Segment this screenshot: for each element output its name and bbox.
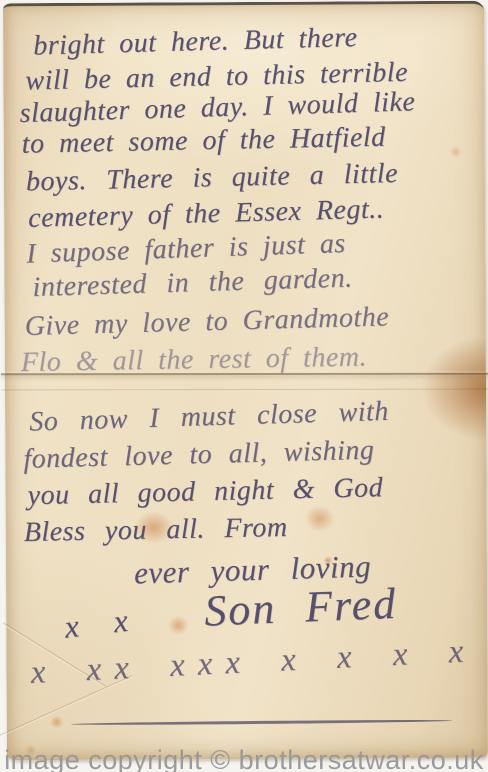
- letter-page: bright out here. But there will be an en…: [3, 1, 488, 761]
- letter-scan: bright out here. But there will be an en…: [0, 0, 488, 772]
- letter-line: Bless you all. From: [24, 513, 288, 548]
- letter-line-faded: Flo & all the rest of them.: [21, 343, 368, 378]
- kisses-marks-small: x x: [63, 604, 139, 642]
- letter-line: bright out here. But there: [33, 23, 358, 61]
- letter-line: to meet some of the Hatfield: [21, 123, 385, 160]
- letter-line: boys. There is quite a little: [26, 159, 399, 197]
- letter-line: interested in the garden.: [32, 264, 353, 303]
- letter-line: fondest love to all, wishing: [23, 436, 375, 475]
- watermark-text: image copyright © brothersatwar.co.uk: [0, 745, 488, 772]
- letter-line: you all good night & God: [27, 473, 383, 511]
- kisses-marks-row: x xx xxx x x x x: [30, 636, 477, 688]
- signature: Son Fred: [204, 589, 398, 627]
- fold-crease-faint: [1, 389, 488, 391]
- letter-line: So now I must close with: [29, 397, 389, 438]
- pen-underline: [71, 719, 453, 726]
- letter-line: Give my love to Grandmothe: [24, 302, 389, 342]
